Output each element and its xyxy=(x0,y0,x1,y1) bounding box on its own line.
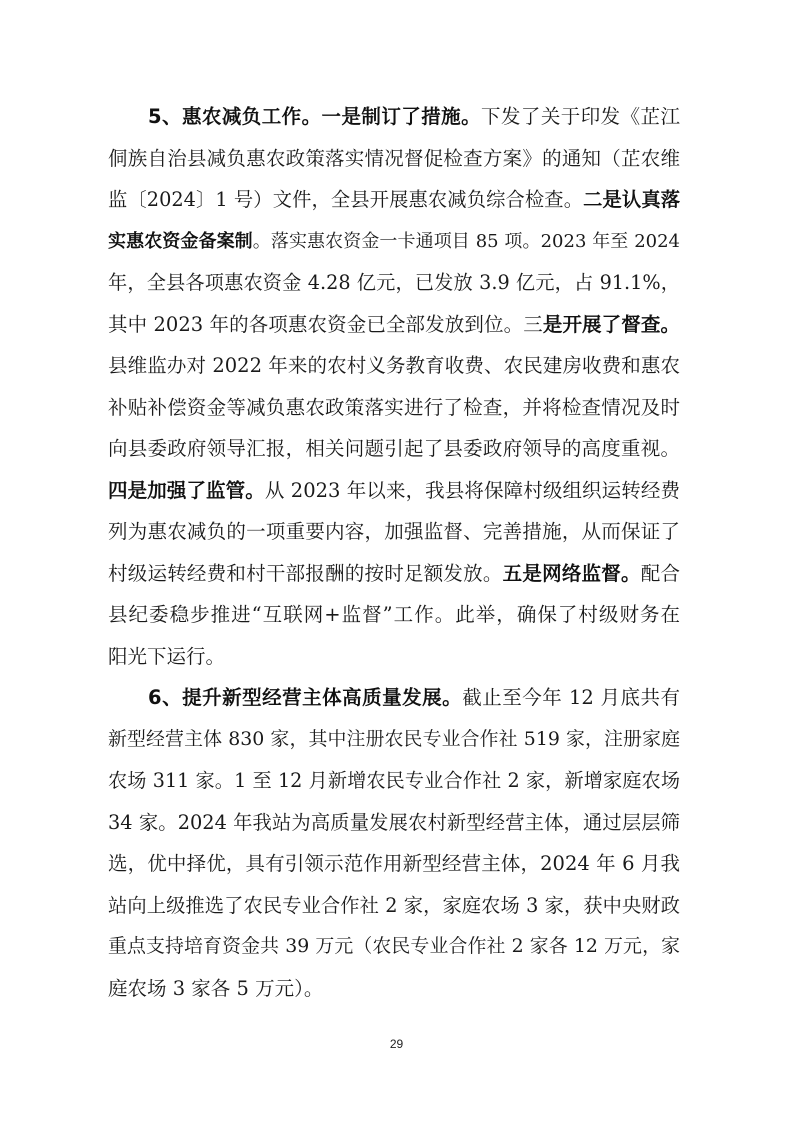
text-line: 年，全县各项惠农资金 4.28 亿元，已发放 3.9 亿元，占 91.1%， xyxy=(108,262,680,304)
body-span: 站向上级推选了农民专业合作社 2 家，家庭农场 3 家，获中央财政 xyxy=(108,894,680,917)
body-span: 新型经营主体 830 家，其中注册农民专业合作社 519 家，注册家庭 xyxy=(108,728,680,750)
body-span: 列为惠农减负的一项重要内容，加强监督、完善措施，从而保证了 xyxy=(108,520,680,543)
section-heading: 5、惠农减负工作。 xyxy=(148,105,322,128)
point-heading: 是开展了督查。 xyxy=(543,313,680,336)
text-line: 6、提升新型经营主体高质量发展。截止至今年 12 月底共有 xyxy=(108,677,680,719)
text-line: 选，优中择优，具有引领示范作用新型经营主体，2024 年 6 月我 xyxy=(108,843,680,885)
body-span: 截止至今年 12 月底共有 xyxy=(462,686,680,709)
text-line: 重点支持培育资金共 39 万元（农民专业合作社 2 家各 12 万元，家 xyxy=(108,926,680,968)
body-span: 下发了关于印发《芷江 xyxy=(481,105,680,128)
paragraph-section-6: 6、提升新型经营主体高质量发展。截止至今年 12 月底共有 新型经营主体 830… xyxy=(108,677,680,1009)
body-span: 选，优中择优，具有引领示范作用新型经营主体，2024 年 6 月我 xyxy=(108,852,680,875)
text-line: 补贴补偿资金等减负惠农政策落实进行了检查，并将检查情况及时 xyxy=(108,387,680,429)
text-line: 监〔2024〕1 号）文件，全县开展惠农减负综合检查。二是认真落 xyxy=(108,179,680,221)
page-number: 29 xyxy=(0,1037,793,1051)
point-heading: 一是制订了措施。 xyxy=(322,105,482,128)
body-span: 村级运转经费和村干部报酬的按时足额发放。 xyxy=(108,562,503,585)
text-line: 村级运转经费和村干部报酬的按时足额发放。五是网络监督。配合 xyxy=(108,553,680,595)
text-line: 列为惠农减负的一项重要内容，加强监督、完善措施，从而保证了 xyxy=(108,511,680,553)
body-span: 年，全县各项惠农资金 4.28 亿元，已发放 3.9 亿元，占 91.1%， xyxy=(108,271,680,294)
text-line: 侗族自治县减负惠农政策落实情况督促检查方案》的通知（芷农维 xyxy=(108,138,680,180)
text-line: 新型经营主体 830 家，其中注册农民专业合作社 519 家，注册家庭 xyxy=(108,719,680,761)
body-span: 补贴补偿资金等减负惠农政策落实进行了检查，并将检查情况及时 xyxy=(108,396,680,419)
body-text: 5、惠农减负工作。一是制订了措施。下发了关于印发《芷江 侗族自治县减负惠农政策落… xyxy=(108,96,680,1009)
paragraph-section-5: 5、惠农减负工作。一是制订了措施。下发了关于印发《芷江 侗族自治县减负惠农政策落… xyxy=(108,96,680,677)
body-span: 阳光下运行。 xyxy=(108,645,225,668)
point-heading: 四是加强了监管。 xyxy=(108,479,265,502)
point-heading: 实惠农资金备案制 xyxy=(108,231,253,252)
text-line: 四是加强了监管。从 2023 年以来，我县将保障村级组织运转经费 xyxy=(108,470,680,512)
body-span: 34 家。2024 年我站为高质量发展农村新型经营主体，通过层层筛 xyxy=(108,811,680,834)
body-span: 监〔2024〕1 号）文件，全县开展惠农减负综合检查。 xyxy=(108,188,583,211)
text-line: 站向上级推选了农民专业合作社 2 家，家庭农场 3 家，获中央财政 xyxy=(108,885,680,927)
body-span: 。落实惠农资金一卡通项目 85 项。2023 年至 2024 xyxy=(253,231,680,252)
body-span: 农场 311 家。1 至 12 月新增农民专业合作社 2 家，新增家庭农场 xyxy=(108,769,680,792)
text-line: 实惠农资金备案制。落实惠农资金一卡通项目 85 项。2023 年至 2024 xyxy=(108,221,680,263)
text-line: 农场 311 家。1 至 12 月新增农民专业合作社 2 家，新增家庭农场 xyxy=(108,760,680,802)
text-line: 5、惠农减负工作。一是制订了措施。下发了关于印发《芷江 xyxy=(108,96,680,138)
body-span: 重点支持培育资金共 39 万元（农民专业合作社 2 家各 12 万元，家 xyxy=(108,935,680,957)
text-line: 其中 2023 年的各项惠农资金已全部发放到位。三是开展了督查。 xyxy=(108,304,680,346)
body-span: 县维监办对 2022 年来的农村义务教育收费、农民建房收费和惠农 xyxy=(108,354,680,377)
body-span: 向县委政府领导汇报，相关问题引起了县委政府领导的高度重视。 xyxy=(108,437,680,460)
body-span: 配合 xyxy=(641,562,680,585)
body-span: 从 2023 年以来，我县将保障村级组织运转经费 xyxy=(265,479,680,502)
point-heading: 二是认真落 xyxy=(583,188,680,211)
point-heading: 五是网络监督。 xyxy=(503,562,641,585)
document-page: 5、惠农减负工作。一是制订了措施。下发了关于印发《芷江 侗族自治县减负惠农政策落… xyxy=(0,0,793,1122)
body-span: 庭农场 3 家各 5 万元）。 xyxy=(108,977,323,1000)
body-span: 县纪委稳步推进“互联网+监督”工作。此举，确保了村级财务在 xyxy=(108,603,680,626)
section-heading: 6、提升新型经营主体高质量发展。 xyxy=(148,686,462,709)
text-line: 向县委政府领导汇报，相关问题引起了县委政府领导的高度重视。 xyxy=(108,428,680,470)
text-line: 阳光下运行。 xyxy=(108,636,680,678)
text-line: 县维监办对 2022 年来的农村义务教育收费、农民建房收费和惠农 xyxy=(108,345,680,387)
text-line: 34 家。2024 年我站为高质量发展农村新型经营主体，通过层层筛 xyxy=(108,802,680,844)
text-line: 县纪委稳步推进“互联网+监督”工作。此举，确保了村级财务在 xyxy=(108,594,680,636)
body-span: 其中 2023 年的各项惠农资金已全部发放到位。三 xyxy=(108,313,543,336)
body-span: 侗族自治县减负惠农政策落实情况督促检查方案》的通知（芷农维 xyxy=(108,147,680,170)
text-line: 庭农场 3 家各 5 万元）。 xyxy=(108,968,680,1010)
